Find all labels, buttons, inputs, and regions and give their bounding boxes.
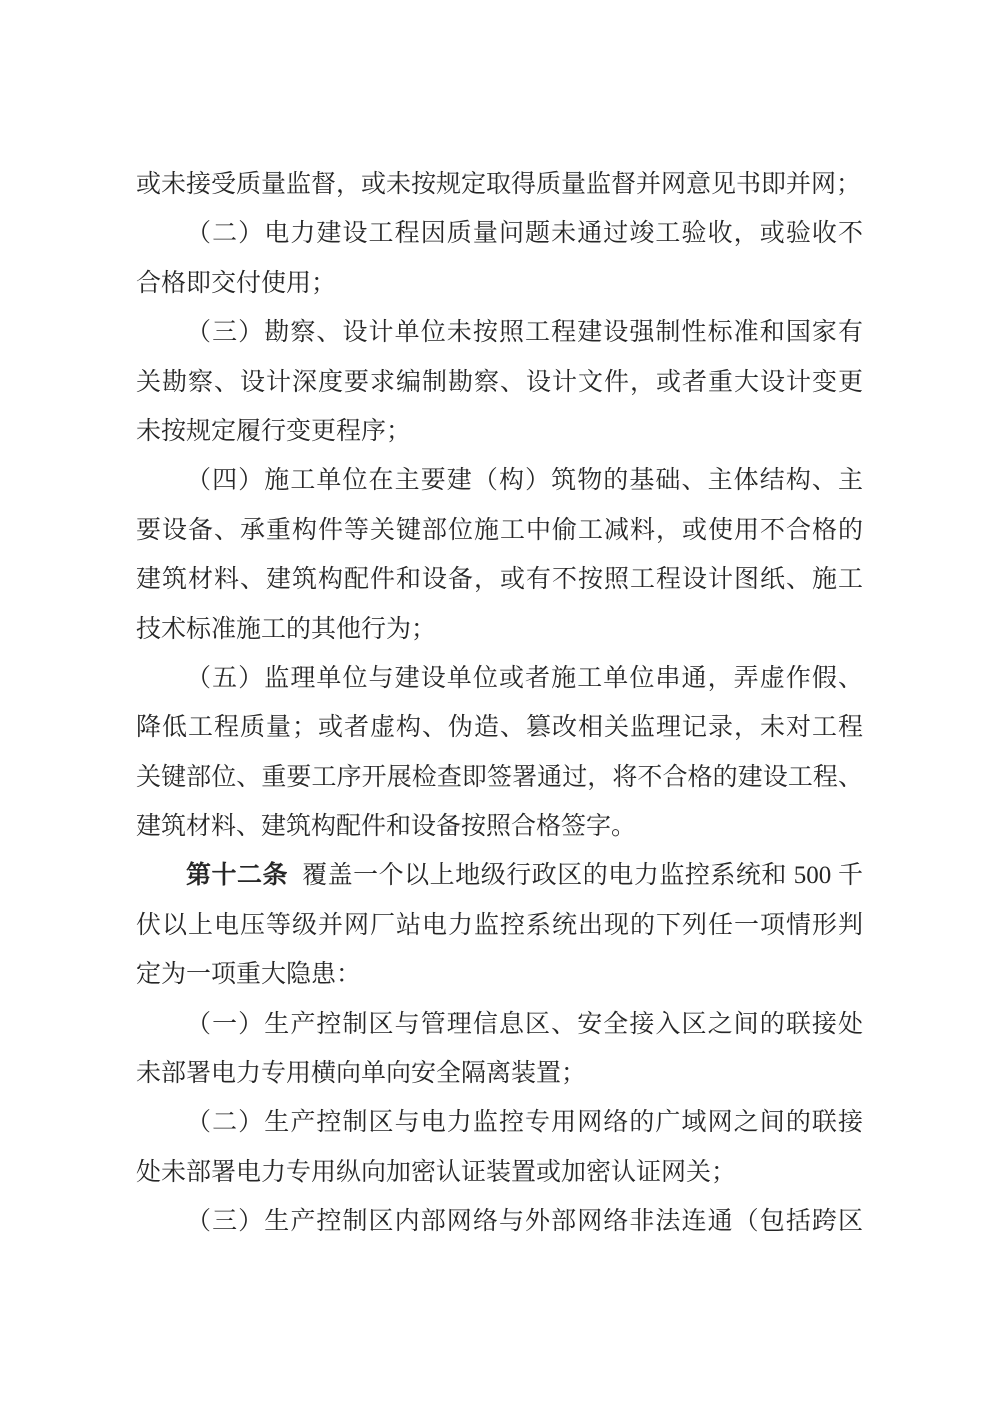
text-line: （四）施工单位在主要建（构）筑物的基础、主体结构、主	[136, 456, 863, 505]
paragraph-continuation: 或未接受质量监督，或未按规定取得质量监督并网意见书即并网；	[136, 160, 863, 209]
text-line: （二）生产控制区与电力监控专用网络的广域网之间的联接	[136, 1098, 863, 1147]
text-line: 建筑材料、建筑构配件和设备，或有不按照工程设计图纸、施工	[136, 555, 863, 604]
text-line: 关勘察、设计深度要求编制勘察、设计文件，或者重大设计变更	[136, 358, 863, 407]
text-line: 要设备、承重构件等关键部位施工中偷工减料，或使用不合格的	[136, 506, 863, 555]
text-line: 关键部位、重要工序开展检查即签署通过，将不合格的建设工程、	[136, 753, 863, 802]
paragraph-item-3b: （三）生产控制区内部网络与外部网络非法连通（包括跨区	[136, 1197, 863, 1246]
text-line: 合格即交付使用；	[136, 259, 863, 308]
paragraph-item-2: （二）电力建设工程因质量问题未通过竣工验收，或验收不 合格即交付使用；	[136, 209, 863, 308]
paragraph-item-2b: （二）生产控制区与电力监控专用网络的广域网之间的联接 处未部署电力专用纵向加密认…	[136, 1098, 863, 1197]
text-line: 或未接受质量监督，或未按规定取得质量监督并网意见书即并网；	[136, 160, 863, 209]
text-line: 建筑材料、建筑构配件和设备按照合格签字。	[136, 802, 863, 851]
text-line: 定为一项重大隐患：	[136, 950, 863, 999]
paragraph-item-5: （五）监理单位与建设单位或者施工单位串通，弄虚作假、 降低工程质量；或者虚构、伪…	[136, 654, 863, 852]
text-line: 伏以上电压等级并网厂站电力监控系统出现的下列任一项情形判	[136, 901, 863, 950]
text-line: 未按规定履行变更程序；	[136, 407, 863, 456]
document-page: 或未接受质量监督，或未按规定取得质量监督并网意见书即并网； （二）电力建设工程因…	[0, 0, 1000, 1414]
paragraph-item-3: （三）勘察、设计单位未按照工程建设强制性标准和国家有 关勘察、设计深度要求编制勘…	[136, 308, 863, 456]
text-line: （三）生产控制区内部网络与外部网络非法连通（包括跨区	[136, 1197, 863, 1246]
text-line: 未部署电力专用横向单向安全隔离装置；	[136, 1049, 863, 1098]
text-line: 处未部署电力专用纵向加密认证装置或加密认证网关；	[136, 1148, 863, 1197]
text-line: （五）监理单位与建设单位或者施工单位串通，弄虚作假、	[136, 654, 863, 703]
text-line: （二）电力建设工程因质量问题未通过竣工验收，或验收不	[136, 209, 863, 258]
text-line: （一）生产控制区与管理信息区、安全接入区之间的联接处	[136, 1000, 863, 1049]
article-lead-text: 覆盖一个以上地级行政区的电力监控系统和 500 千	[302, 862, 863, 889]
text-line: 降低工程质量；或者虚构、伪造、篡改相关监理记录，未对工程	[136, 703, 863, 752]
text-line: （三）勘察、设计单位未按照工程建设强制性标准和国家有	[136, 308, 863, 357]
paragraph-item-4: （四）施工单位在主要建（构）筑物的基础、主体结构、主 要设备、承重构件等关键部位…	[136, 456, 863, 654]
paragraph-item-1: （一）生产控制区与管理信息区、安全接入区之间的联接处 未部署电力专用横向单向安全…	[136, 1000, 863, 1099]
text-line: 第十二条覆盖一个以上地级行政区的电力监控系统和 500 千	[136, 851, 863, 900]
article-number-label: 第十二条	[186, 862, 288, 889]
paragraph-article-12: 第十二条覆盖一个以上地级行政区的电力监控系统和 500 千 伏以上电压等级并网厂…	[136, 851, 863, 999]
text-line: 技术标准施工的其他行为；	[136, 605, 863, 654]
